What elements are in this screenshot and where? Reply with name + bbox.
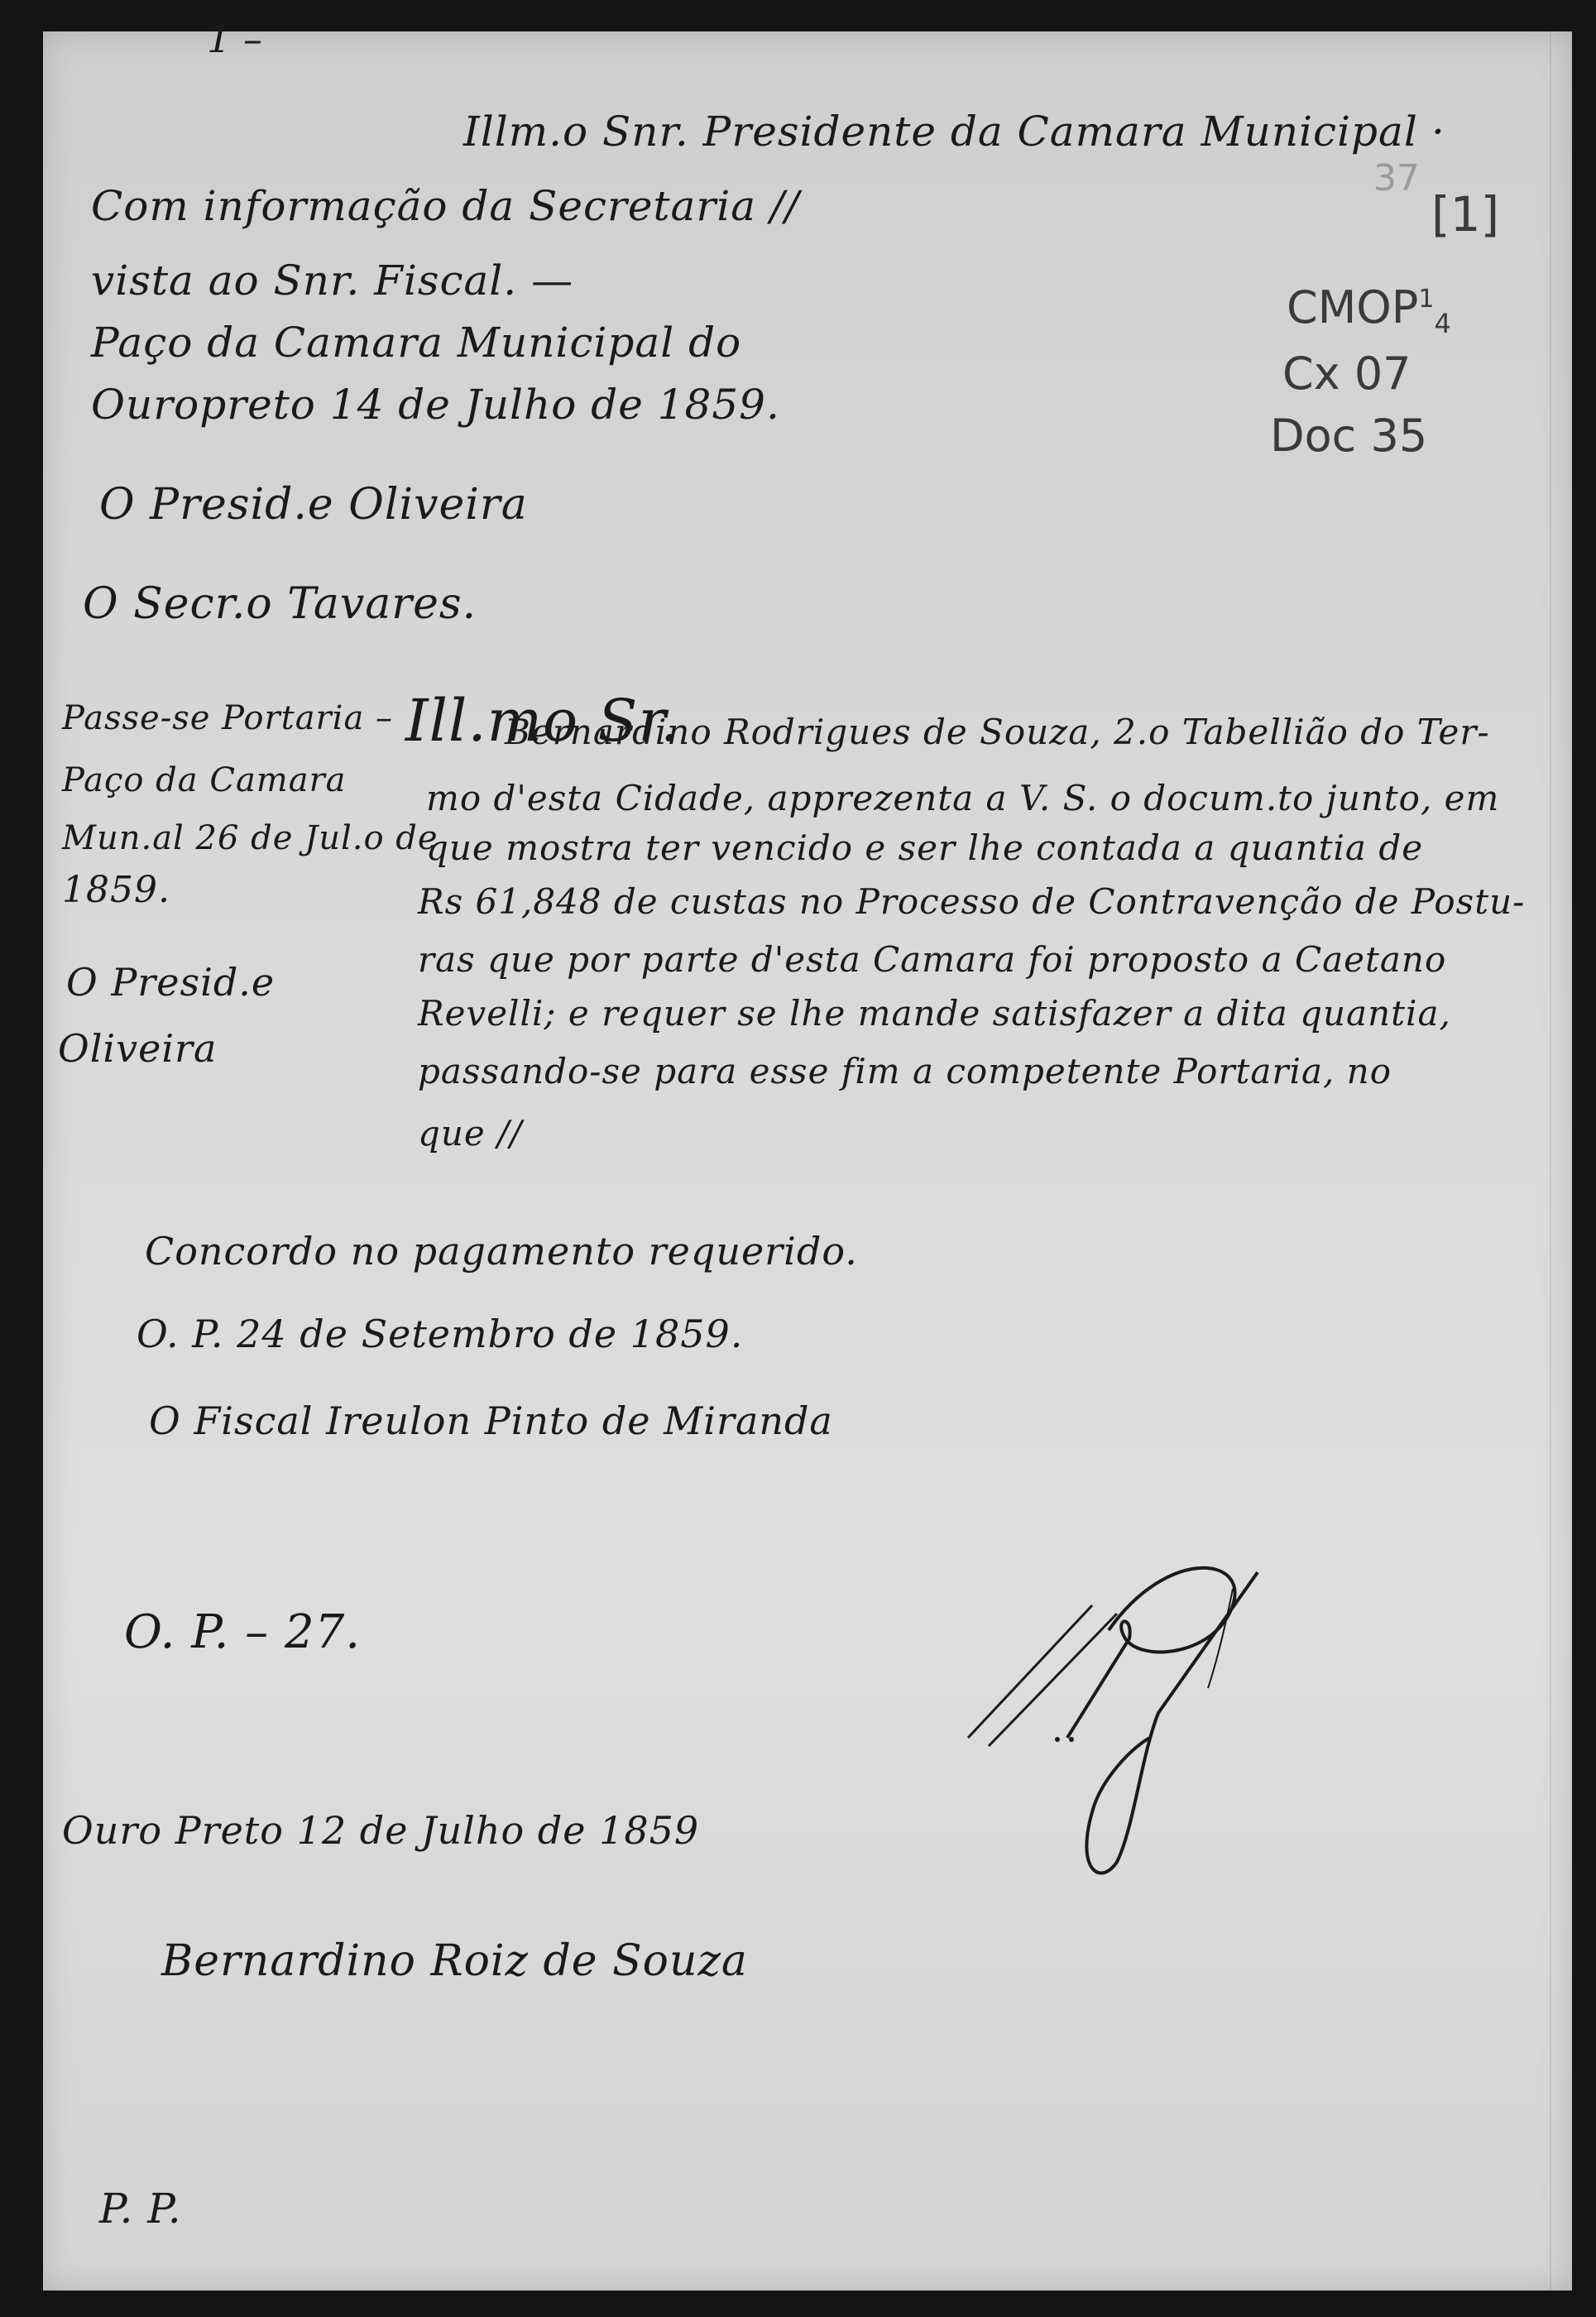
address-heading: Illm.o Snr. Presidente da Camara Municip… — [463, 108, 1418, 156]
erm-formula-text: E. R. M. — [993, 1845, 1003, 1846]
petition-line: Bernardino Rodrigues de Souza, 2.o Tabel… — [505, 712, 1490, 752]
secretary-signature: O Secr.o Tavares. — [83, 579, 477, 629]
margin-signature: O Presid.e — [66, 960, 275, 1005]
margin-line: Passe-se Portaria – — [62, 699, 393, 737]
petitioner-signature: Bernardino Roiz de Souza — [161, 1936, 748, 1986]
fiscal-signature: O Fiscal Ireulon Pinto de Miranda — [149, 1398, 833, 1443]
footer-mark: P. P. — [99, 2185, 182, 2233]
erm-monogram — [951, 1539, 1299, 1887]
margin-line: Mun.al 26 de Jul.o de — [62, 819, 439, 857]
archive-bracket-number: [1] — [1431, 186, 1499, 242]
petition-line: passando-se para esse fim a competente P… — [418, 1051, 1392, 1091]
archive-doc: Doc 35 — [1270, 410, 1427, 462]
margin-signature: Oliveira — [58, 1026, 217, 1071]
archive-box: Cx 07 — [1282, 348, 1411, 400]
archive-faint-number: 37 — [1373, 157, 1420, 199]
page-fold — [1550, 31, 1551, 2291]
petition-line: ras que por parte d'esta Camara foi prop… — [418, 939, 1446, 980]
margin-line: Paço da Camara — [62, 761, 347, 799]
petition-line: que mostra ter vencido e ser lhe contada… — [426, 827, 1423, 868]
petition-line: mo d'esta Cidade, apprezenta a V. S. o d… — [426, 778, 1499, 818]
collection-sup: 1 — [1418, 285, 1434, 314]
dispatch-line: Com informação da Secretaria // — [91, 182, 800, 230]
collection-sub: 4 — [1434, 308, 1450, 339]
address-tail: · — [1431, 108, 1445, 156]
petition-place-date: Ouro Preto 12 de Julho de 1859 — [62, 1808, 699, 1853]
petition-line: que // — [418, 1113, 522, 1154]
dispatch-line: Paço da Camara Municipal do — [91, 319, 741, 367]
archive-collection: CMOP14 — [1287, 281, 1451, 339]
petition-line: Rs 61,848 de custas no Processo de Contr… — [418, 881, 1525, 922]
dispatch-signature: O Presid.e Oliveira — [99, 480, 528, 530]
opinion-line: Concordo no pagamento requerido. — [145, 1229, 858, 1274]
op-reference: O. P. – 27. — [124, 1605, 361, 1659]
dispatch-line: vista ao Snr. Fiscal. — — [91, 257, 573, 305]
page-mark: 1 – — [207, 17, 262, 61]
margin-line: 1859. — [62, 869, 170, 911]
dispatch-line: Ouropreto 14 de Julho de 1859. — [91, 381, 780, 429]
petition-line: Revelli; e requer se lhe mande satisfaze… — [418, 993, 1451, 1034]
collection-code: CMOP — [1287, 281, 1418, 333]
opinion-date: O. P. 24 de Setembro de 1859. — [137, 1312, 743, 1356]
